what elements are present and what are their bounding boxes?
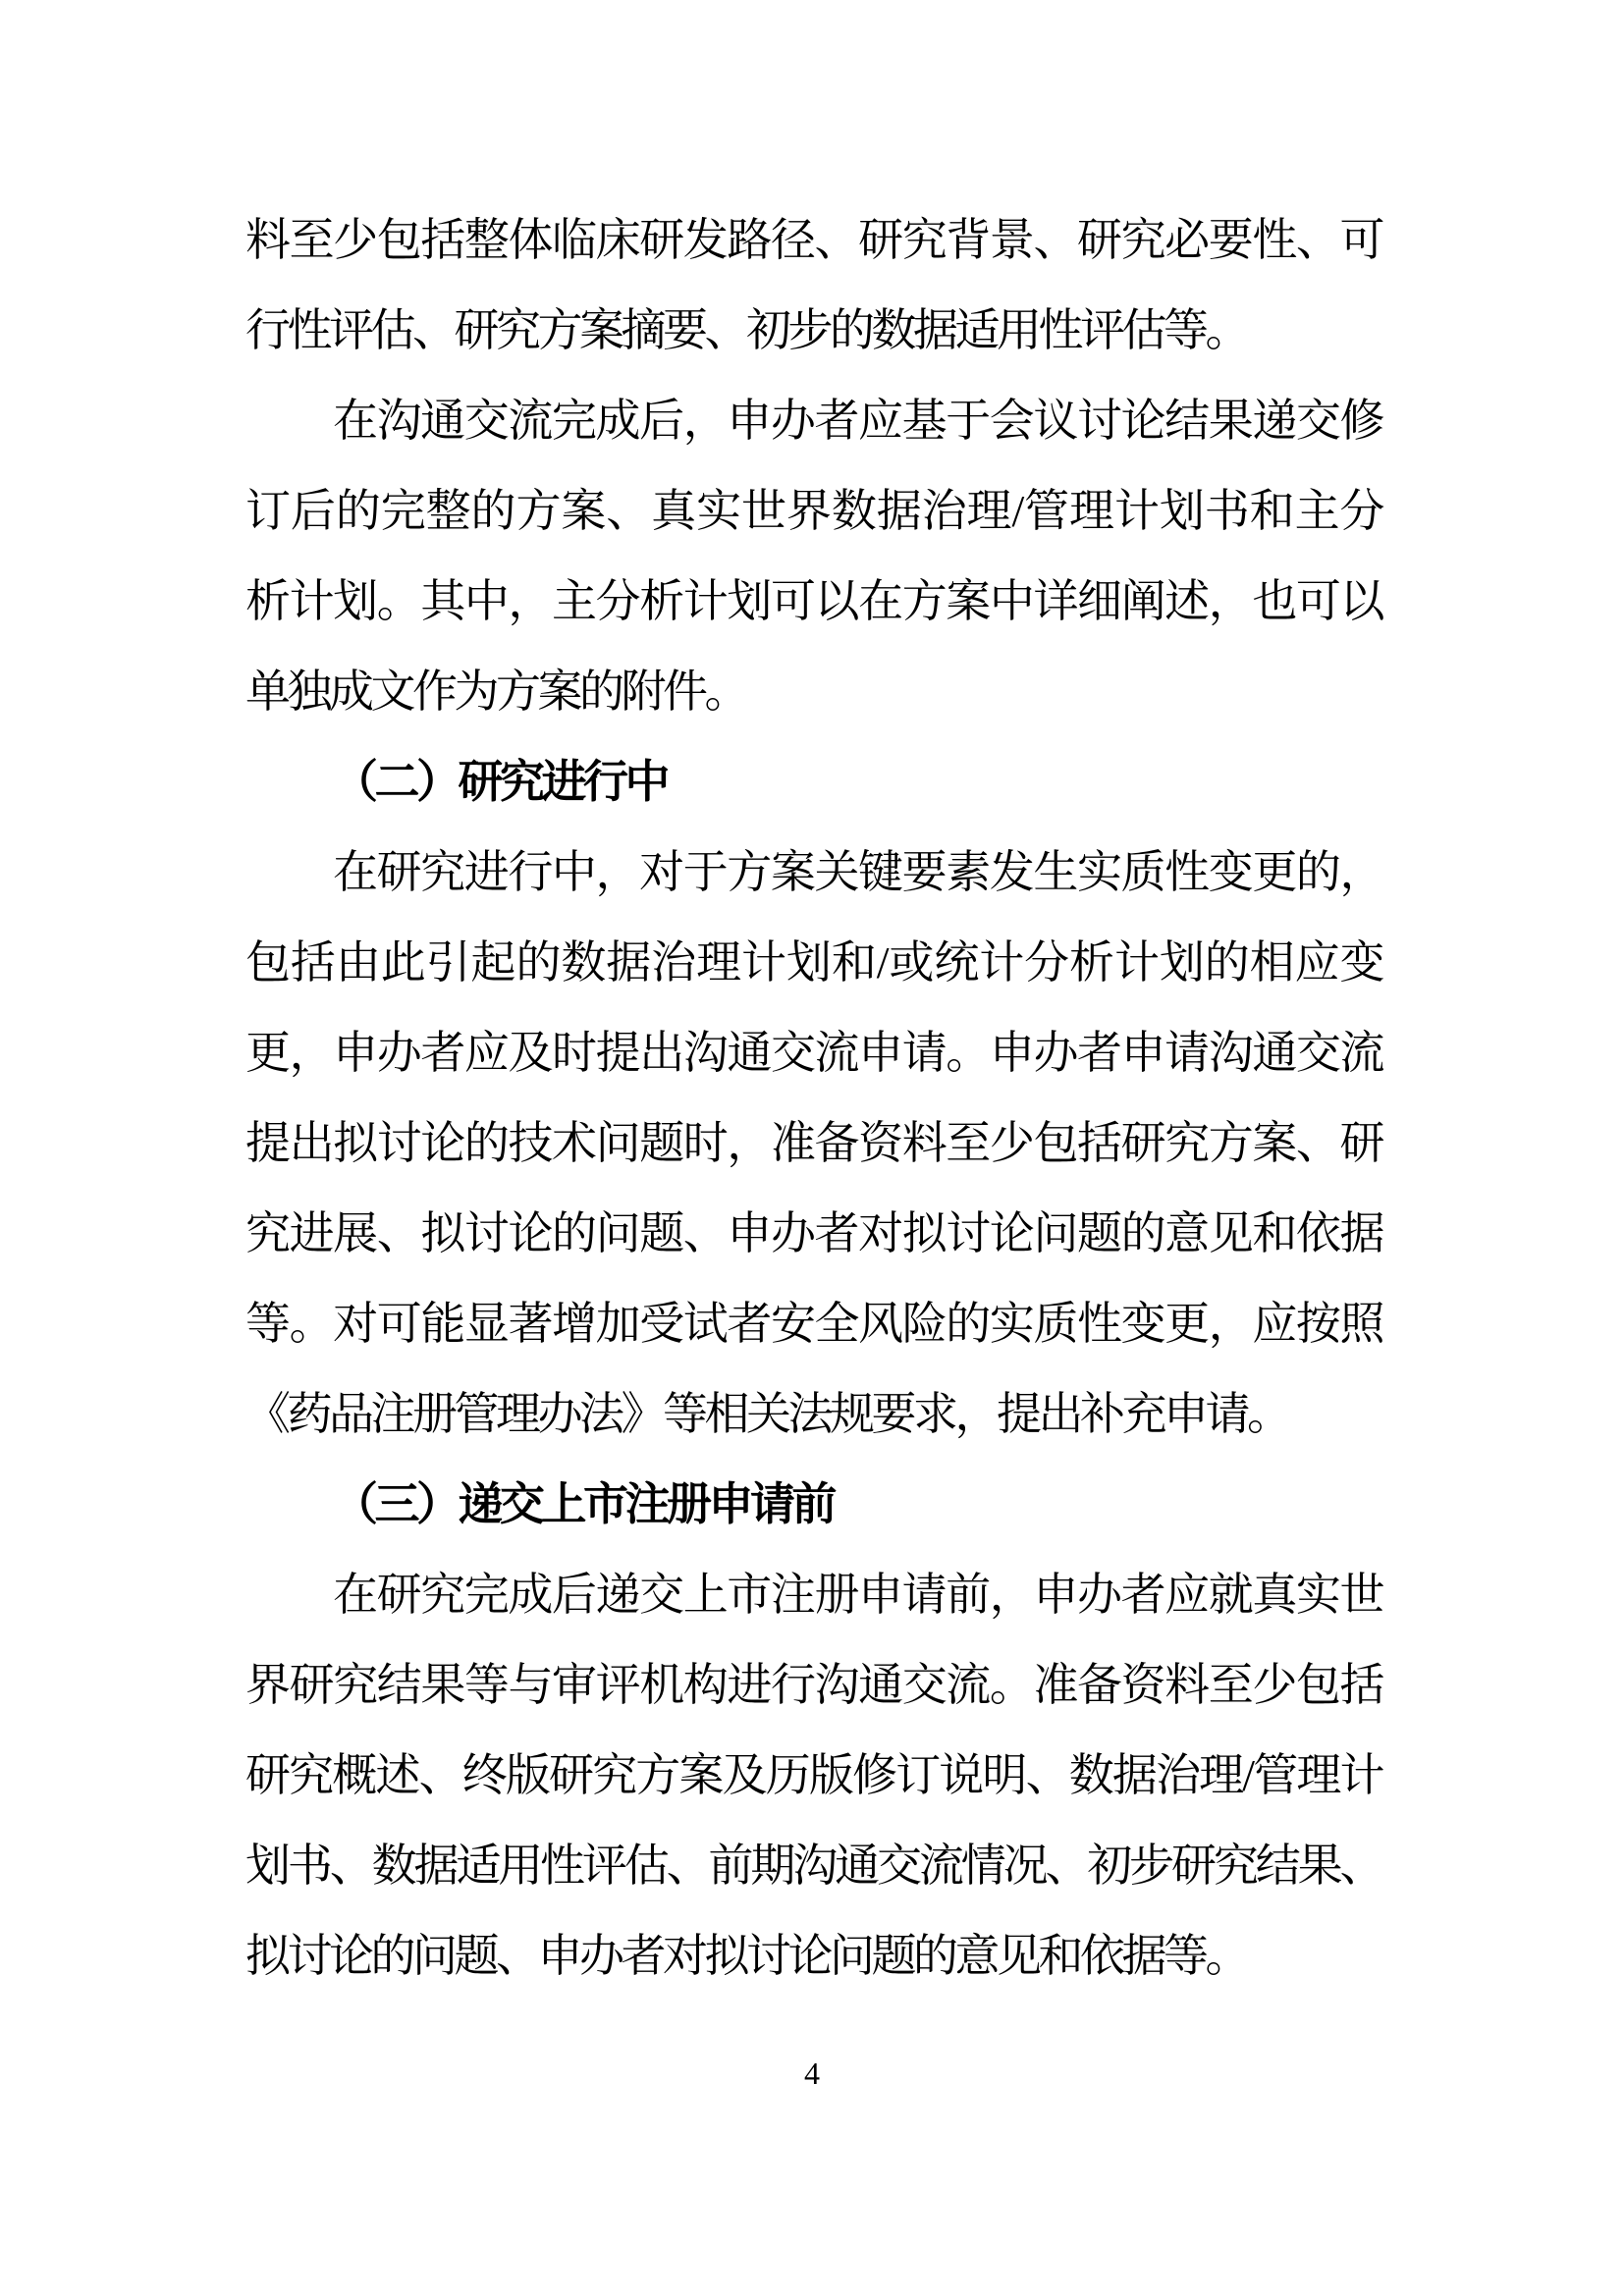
page-number: 4 bbox=[804, 2052, 820, 2095]
text-line: 究进展、拟讨论的问题、申办者对拟讨论问题的意见和依据 bbox=[245, 1189, 1381, 1279]
section-heading: （二）研究进行中 bbox=[245, 737, 1381, 828]
document-body: 料至少包括整体临床研发路径、研究背景、研究必要性、可行性评估、研究方案摘要、初步… bbox=[245, 195, 1381, 2002]
section-heading: （三）递交上市注册申请前 bbox=[245, 1460, 1381, 1550]
text-line: 行性评估、研究方案摘要、初步的数据适用性评估等。 bbox=[245, 286, 1381, 376]
text-line: 订后的完整的方案、真实世界数据治理/管理计划书和主分 bbox=[245, 466, 1381, 557]
text-line: 界研究结果等与审评机构进行沟通交流。准备资料至少包括 bbox=[245, 1640, 1381, 1731]
text-line: 研究概述、终版研究方案及历版修订说明、数据治理/管理计 bbox=[245, 1731, 1381, 1821]
text-line: 等。对可能显著增加受试者安全风险的实质性变更，应按照 bbox=[245, 1279, 1381, 1369]
text-line: 析计划。其中，主分析计划可以在方案中详细阐述，也可以 bbox=[245, 557, 1381, 647]
text-line: 《药品注册管理办法》等相关法规要求，提出补充申请。 bbox=[245, 1369, 1381, 1460]
text-line: 在研究完成后递交上市注册申请前，申办者应就真实世 bbox=[245, 1550, 1381, 1640]
text-line: 在沟通交流完成后，申办者应基于会议讨论结果递交修 bbox=[245, 376, 1381, 466]
text-line: 提出拟讨论的技术问题时，准备资料至少包括研究方案、研 bbox=[245, 1098, 1381, 1189]
text-line: 拟讨论的问题、申办者对拟讨论问题的意见和依据等。 bbox=[245, 1911, 1381, 2002]
document-page: 料至少包括整体临床研发路径、研究背景、研究必要性、可行性评估、研究方案摘要、初步… bbox=[0, 0, 1624, 2296]
text-line: 划书、数据适用性评估、前期沟通交流情况、初步研究结果、 bbox=[245, 1821, 1381, 1911]
text-line: 料至少包括整体临床研发路径、研究背景、研究必要性、可 bbox=[245, 195, 1381, 286]
text-line: 更，申办者应及时提出沟通交流申请。申办者申请沟通交流 bbox=[245, 1008, 1381, 1098]
text-line: 包括由此引起的数据治理计划和/或统计分析计划的相应变 bbox=[245, 918, 1381, 1008]
page-footer: 4 bbox=[0, 2052, 1624, 2095]
text-line: 在研究进行中，对于方案关键要素发生实质性变更的， bbox=[245, 828, 1381, 918]
text-line: 单独成文作为方案的附件。 bbox=[245, 647, 1381, 737]
